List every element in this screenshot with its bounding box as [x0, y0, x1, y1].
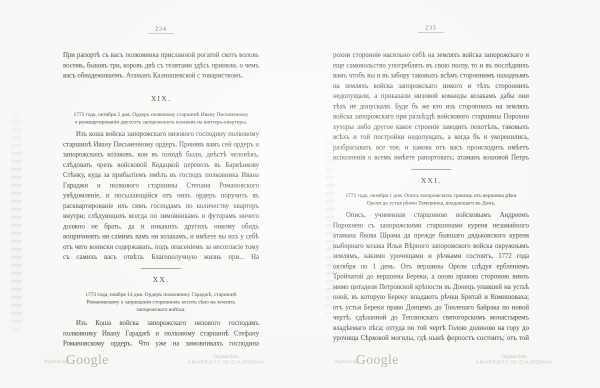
google-logo: Google [356, 352, 399, 368]
section-number-xx: XX. [63, 276, 259, 288]
library-name: UNIVERSITY OF CALIFORNIA [184, 360, 268, 366]
scan-edge-artifact-left [11, 88, 22, 333]
section-body-xx-start: Изъ Коша войска запорожскаго низового го… [63, 318, 259, 351]
google-logo: Google [66, 352, 109, 368]
paragraph-intro: При рапортѣ съ васъ полковника присланно… [63, 50, 259, 85]
section-body-xxi: Опись, учиненная старшиною войсковымъ Ан… [333, 210, 529, 342]
section-number-xix: XIX. [63, 95, 259, 107]
section-number-xxi: XXI. [333, 177, 529, 189]
page-number: 235 [333, 25, 529, 37]
section-body-xix: Изъ коша войска запорожскаго низового го… [63, 129, 259, 263]
page-number: 234 [63, 26, 259, 38]
section-dateline-xix: 1773 года, октября 2 дня. Ордеръ полково… [63, 111, 259, 127]
separator-rule [141, 268, 181, 269]
section-dateline-xxi: 1773 года, октября 1 дня. Опись запорожс… [333, 192, 529, 208]
section-dateline-xx: 1773 года, ноября 14 дня. Ордеръ полковн… [63, 291, 259, 315]
paragraph-continuation: рохни сторонніе насильно себѣ на земляхъ… [333, 50, 529, 164]
library-stamp: Original from UNIVERSITY OF CALIFORNIA [184, 354, 268, 366]
library-name: UNIVERSITY OF CALIFORNIA [472, 360, 556, 366]
separator-rule [411, 169, 451, 170]
library-stamp: Original from UNIVERSITY OF CALIFORNIA [472, 354, 556, 366]
book-scan: 234 При рапортѣ съ васъ полковника присл… [0, 0, 600, 388]
